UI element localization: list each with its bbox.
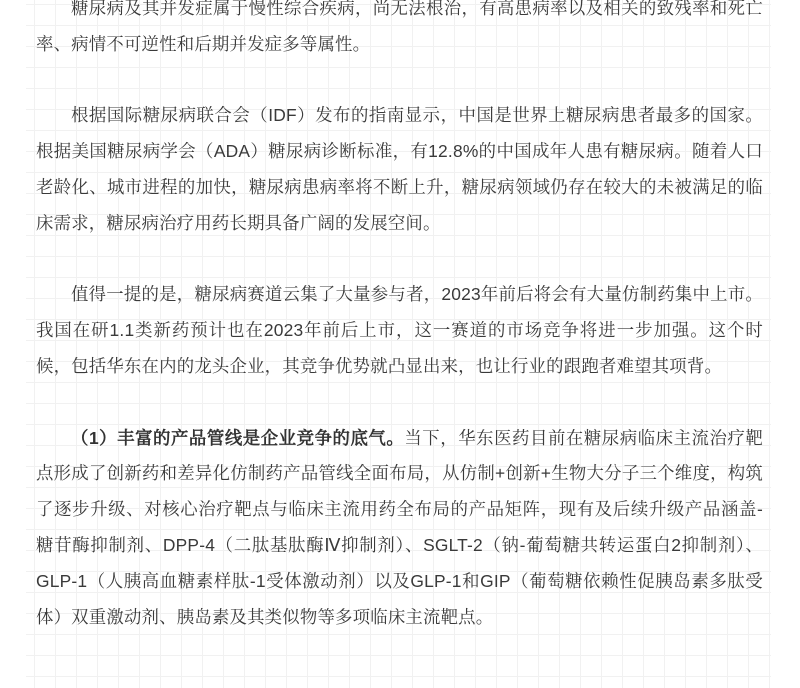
paragraph-product-pipeline: （1）丰富的产品管线是企业竞争的底气。当下，华东医药目前在糖尿病临床主流治疗靶点… bbox=[36, 421, 763, 636]
paragraph-text: 糖尿病及其并发症属于慢性综合疾病，尚无法根治，有高患病率以及相关的致残率和死亡率… bbox=[36, 0, 763, 54]
article-body: 糖尿病及其并发症属于慢性综合疾病，尚无法根治，有高患病率以及相关的致残率和死亡率… bbox=[36, 0, 763, 635]
paragraph-diabetes-overview: 糖尿病及其并发症属于慢性综合疾病，尚无法根治，有高患病率以及相关的致残率和死亡率… bbox=[36, 0, 763, 63]
paragraph-market-competition: 值得一提的是，糖尿病赛道云集了大量参与者，2023年前后将会有大量仿制药集中上市… bbox=[36, 277, 763, 384]
paragraph-lead-heading: （1）丰富的产品管线是企业竞争的底气。 bbox=[71, 428, 404, 448]
paragraph-text: 值得一提的是，糖尿病赛道云集了大量参与者，2023年前后将会有大量仿制药集中上市… bbox=[36, 284, 763, 376]
paragraph-idf-statistics: 根据国际糖尿病联合会（IDF）发布的指南显示，中国是世界上糖尿病患者最多的国家。… bbox=[36, 98, 763, 241]
paragraph-text: 当下，华东医药目前在糖尿病临床主流治疗靶点形成了创新药和差异化仿制药产品管线全面… bbox=[36, 428, 763, 627]
paragraph-text: 根据国际糖尿病联合会（IDF）发布的指南显示，中国是世界上糖尿病患者最多的国家。… bbox=[36, 105, 763, 232]
